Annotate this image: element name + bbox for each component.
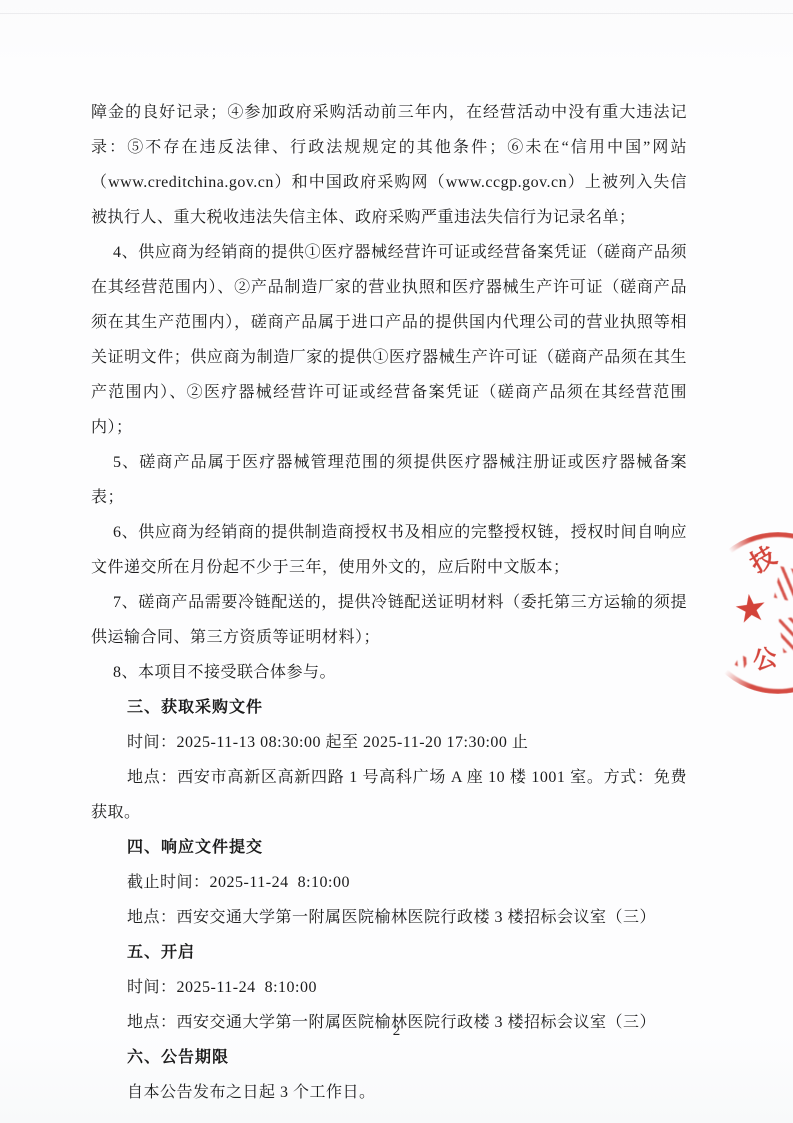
paragraph: 4、供应商为经销商的提供①医疗器械经营许可证或经营备案凭证（磋商产品须在其经营范… (91, 235, 687, 445)
red-seal-stamp: 技 ★ 公 (697, 532, 793, 694)
section-heading: 四、响应文件提交 (91, 830, 687, 865)
paragraph: 7、磋商产品需要冷链配送的，提供冷链配送证明材料（委托第三方运输的须提供运输合同… (91, 585, 687, 655)
seal-ring (697, 532, 793, 694)
section-heading: 五、开启 (91, 935, 687, 970)
seal-partial-glyph (735, 654, 750, 669)
paragraph: 地点：西安交通大学第一附属医院榆林医院行政楼 3 楼招标会议室（三） (91, 900, 687, 935)
paragraph: 时间：2025-11-24 8:10:00 (91, 970, 687, 1005)
scanned-page: 障金的良好记录；④参加政府采购活动前三年内，在经营活动中没有重大违法记录：⑤不存… (0, 0, 793, 1123)
paragraph: 障金的良好记录；④参加政府采购活动前三年内，在经营活动中没有重大违法记录：⑤不存… (91, 95, 687, 235)
paragraph: 地点：西安市高新区高新四路 1 号高科广场 A 座 10 楼 1001 室。方式… (91, 760, 687, 830)
paragraph: 截止时间：2025-11-24 8:10:00 (91, 865, 687, 900)
seal-char: 公 (750, 645, 779, 674)
paragraph: 6、供应商为经销商的提供制造商授权书及相应的完整授权链，授权时间自响应文件递交所… (91, 515, 687, 585)
page-number: 2 (0, 1023, 793, 1040)
paragraph: 自本公告发布之日起 3 个工作日。 (91, 1075, 687, 1110)
seal-partial-glyph (774, 566, 793, 601)
paragraph: 时间：2025-11-13 08:30:00 起至 2025-11-20 17:… (91, 725, 687, 760)
seal-char: 技 (746, 543, 780, 577)
section-heading: 六、公告期限 (91, 1040, 687, 1075)
paragraph: 8、本项目不接受联合体参与。 (91, 655, 687, 690)
document-body: 障金的良好记录；④参加政府采购活动前三年内，在经营活动中没有重大违法记录：⑤不存… (91, 95, 687, 1110)
paragraph: 5、磋商产品属于医疗器械管理范围的须提供医疗器械注册证或医疗器械备案表； (91, 445, 687, 515)
seal-partial-glyph (779, 617, 793, 653)
scan-artifact-line (0, 13, 793, 14)
seal-star-icon: ★ (728, 589, 771, 629)
scanned-document-screenshot: { "page": { "background": "#fdfdfe", "te… (0, 0, 793, 1123)
section-heading: 三、获取采购文件 (91, 690, 687, 725)
